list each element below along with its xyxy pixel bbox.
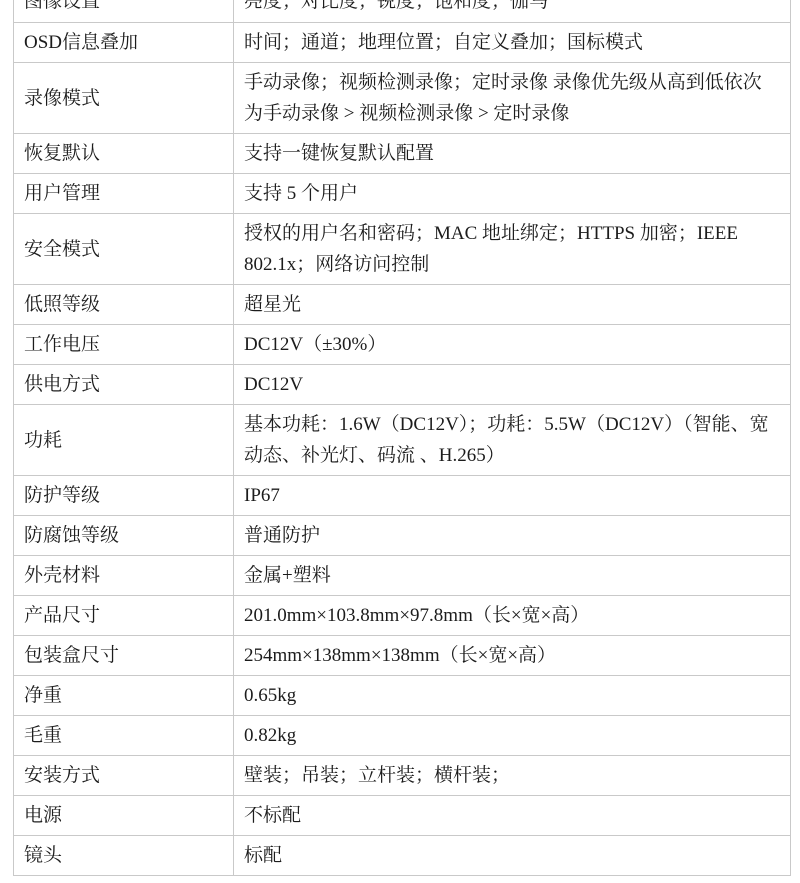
spec-label: 用户管理 — [24, 178, 223, 209]
spec-label: 电源 — [24, 800, 223, 831]
spec-label: 图像设置 — [24, 0, 223, 17]
spec-value-cell: 壁装；吊装；立杆装；横杆装； — [234, 756, 791, 796]
spec-label: 镜头 — [24, 840, 223, 871]
spec-value: 支持 5 个用户 — [244, 178, 780, 209]
spec-label-cell: 安全模式 — [14, 214, 234, 285]
spec-value: IP67 — [244, 480, 780, 511]
spec-value: 时间；通道；地理位置；自定义叠加；国标模式 — [244, 27, 780, 58]
spec-label-cell: 净重 — [14, 676, 234, 716]
spec-table: 图像设置 亮度；对比度；锐度；饱和度；伽马 OSD信息叠加 时间；通道；地理位置… — [13, 0, 791, 876]
spec-label: 净重 — [24, 680, 223, 711]
spec-value-cell: 不标配 — [234, 796, 791, 836]
spec-label: 毛重 — [24, 720, 223, 751]
spec-value-cell: 手动录像；视频检测录像；定时录像 录像优先级从高到低依次为手动录像 > 视频检测… — [234, 63, 791, 134]
spec-table-body: 图像设置 亮度；对比度；锐度；饱和度；伽马 OSD信息叠加 时间；通道；地理位置… — [14, 0, 791, 876]
spec-value: DC12V（±30%） — [244, 329, 780, 360]
spec-label-cell: 工作电压 — [14, 325, 234, 365]
spec-value: 金属+塑料 — [244, 560, 780, 591]
spec-label-cell: 功耗 — [14, 405, 234, 476]
spec-label-cell: 外壳材料 — [14, 556, 234, 596]
spec-value-cell: DC12V（±30%） — [234, 325, 791, 365]
spec-label-cell: 图像设置 — [14, 0, 234, 23]
spec-label-cell: 毛重 — [14, 716, 234, 756]
spec-value-cell: 时间；通道；地理位置；自定义叠加；国标模式 — [234, 23, 791, 63]
spec-value: 201.0mm×103.8mm×97.8mm（长×宽×高） — [244, 600, 780, 631]
table-row: 净重 0.65kg — [14, 676, 791, 716]
spec-label: 包装盒尺寸 — [24, 640, 223, 671]
spec-label-cell: 安装方式 — [14, 756, 234, 796]
spec-value-cell: 金属+塑料 — [234, 556, 791, 596]
spec-value: 不标配 — [244, 800, 780, 831]
spec-value: 亮度；对比度；锐度；饱和度；伽马 — [244, 0, 780, 17]
spec-label-cell: 用户管理 — [14, 174, 234, 214]
spec-label-cell: 产品尺寸 — [14, 596, 234, 636]
table-row: 包装盒尺寸 254mm×138mm×138mm（长×宽×高） — [14, 636, 791, 676]
table-row: 安全模式 授权的用户名和密码；MAC 地址绑定；HTTPS 加密；IEEE 80… — [14, 214, 791, 285]
table-row: 外壳材料 金属+塑料 — [14, 556, 791, 596]
table-row: 功耗 基本功耗：1.6W（DC12V）；功耗：5.5W（DC12V）（智能、宽动… — [14, 405, 791, 476]
spec-label-cell: 包装盒尺寸 — [14, 636, 234, 676]
spec-value-cell: 亮度；对比度；锐度；饱和度；伽马 — [234, 0, 791, 23]
table-row: 恢复默认 支持一键恢复默认配置 — [14, 134, 791, 174]
table-row: 低照等级 超星光 — [14, 285, 791, 325]
spec-label: 功耗 — [24, 425, 223, 456]
spec-label: 防护等级 — [24, 480, 223, 511]
table-row: 安装方式 壁装；吊装；立杆装；横杆装； — [14, 756, 791, 796]
spec-label: 外壳材料 — [24, 560, 223, 591]
spec-label-cell: 防腐蚀等级 — [14, 516, 234, 556]
table-row: 工作电压 DC12V（±30%） — [14, 325, 791, 365]
table-row: 供电方式 DC12V — [14, 365, 791, 405]
spec-label: 安全模式 — [24, 234, 223, 265]
table-row: 毛重 0.82kg — [14, 716, 791, 756]
spec-value: 254mm×138mm×138mm（长×宽×高） — [244, 640, 780, 671]
spec-value: 基本功耗：1.6W（DC12V）；功耗：5.5W（DC12V）（智能、宽动态、补… — [244, 409, 780, 471]
spec-label: 防腐蚀等级 — [24, 520, 223, 551]
spec-label-cell: 供电方式 — [14, 365, 234, 405]
spec-value-cell: 201.0mm×103.8mm×97.8mm（长×宽×高） — [234, 596, 791, 636]
table-row: OSD信息叠加 时间；通道；地理位置；自定义叠加；国标模式 — [14, 23, 791, 63]
spec-value-cell: 超星光 — [234, 285, 791, 325]
spec-value-cell: 支持一键恢复默认配置 — [234, 134, 791, 174]
spec-value-cell: 授权的用户名和密码；MAC 地址绑定；HTTPS 加密；IEEE 802.1x；… — [234, 214, 791, 285]
spec-value-cell: 0.82kg — [234, 716, 791, 756]
table-row: 录像模式 手动录像；视频检测录像；定时录像 录像优先级从高到低依次为手动录像 >… — [14, 63, 791, 134]
table-row: 产品尺寸 201.0mm×103.8mm×97.8mm（长×宽×高） — [14, 596, 791, 636]
spec-label: OSD信息叠加 — [24, 27, 223, 58]
spec-label-cell: 低照等级 — [14, 285, 234, 325]
spec-value: 标配 — [244, 840, 780, 871]
spec-value-cell: DC12V — [234, 365, 791, 405]
spec-value-cell: 0.65kg — [234, 676, 791, 716]
spec-value: 普通防护 — [244, 520, 780, 551]
spec-label-cell: 防护等级 — [14, 476, 234, 516]
spec-value-cell: IP67 — [234, 476, 791, 516]
table-row: 镜头 标配 — [14, 836, 791, 876]
spec-value: 手动录像；视频检测录像；定时录像 录像优先级从高到低依次为手动录像 > 视频检测… — [244, 67, 780, 129]
spec-label: 低照等级 — [24, 289, 223, 320]
spec-label: 录像模式 — [24, 83, 223, 114]
spec-label-cell: 电源 — [14, 796, 234, 836]
spec-label: 恢复默认 — [24, 138, 223, 169]
spec-value-cell: 普通防护 — [234, 516, 791, 556]
spec-label: 工作电压 — [24, 329, 223, 360]
spec-value-cell: 标配 — [234, 836, 791, 876]
spec-label-cell: 镜头 — [14, 836, 234, 876]
spec-label-cell: 恢复默认 — [14, 134, 234, 174]
spec-value: 0.65kg — [244, 680, 780, 711]
spec-value: DC12V — [244, 369, 780, 400]
table-row: 图像设置 亮度；对比度；锐度；饱和度；伽马 — [14, 0, 791, 23]
spec-label: 安装方式 — [24, 760, 223, 791]
table-row: 用户管理 支持 5 个用户 — [14, 174, 791, 214]
spec-value: 0.82kg — [244, 720, 780, 751]
spec-value: 壁装；吊装；立杆装；横杆装； — [244, 760, 780, 791]
table-row: 防腐蚀等级 普通防护 — [14, 516, 791, 556]
spec-value-cell: 基本功耗：1.6W（DC12V）；功耗：5.5W（DC12V）（智能、宽动态、补… — [234, 405, 791, 476]
spec-value-cell: 254mm×138mm×138mm（长×宽×高） — [234, 636, 791, 676]
spec-label-cell: 录像模式 — [14, 63, 234, 134]
spec-value-cell: 支持 5 个用户 — [234, 174, 791, 214]
spec-label: 产品尺寸 — [24, 600, 223, 631]
spec-label-cell: OSD信息叠加 — [14, 23, 234, 63]
table-row: 防护等级 IP67 — [14, 476, 791, 516]
spec-label: 供电方式 — [24, 369, 223, 400]
spec-value: 授权的用户名和密码；MAC 地址绑定；HTTPS 加密；IEEE 802.1x；… — [244, 218, 780, 280]
spec-value: 超星光 — [244, 289, 780, 320]
table-row: 电源 不标配 — [14, 796, 791, 836]
spec-value: 支持一键恢复默认配置 — [244, 138, 780, 169]
